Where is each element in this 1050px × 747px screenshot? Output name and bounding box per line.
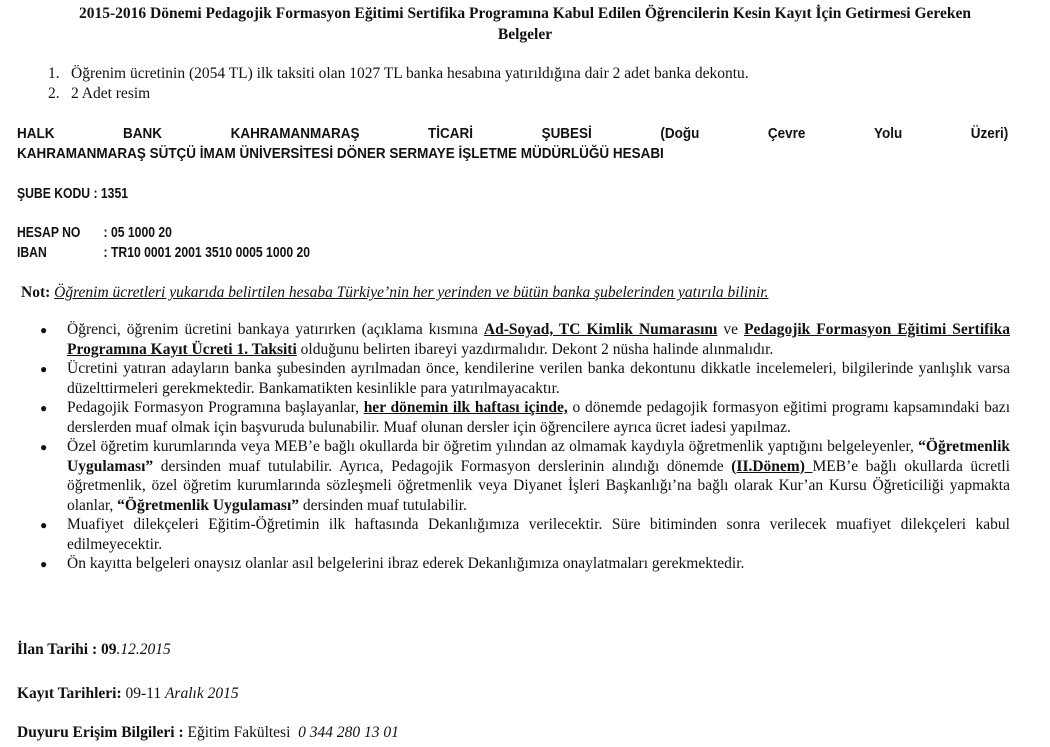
note-label: Not:: [21, 284, 50, 301]
iban-label: IBAN: [17, 243, 104, 263]
bullet-item: ● Ön kayıtta belgeleri onaysız olanlar a…: [40, 554, 1010, 575]
registration-dates: Kayıt Tarihleri: 09-11 Aralık 2015: [17, 684, 239, 704]
bank-info: HALKBANKKAHRAMANMARAŞTİCARİŞUBESİ(DoğuÇe…: [17, 124, 940, 164]
bullet-icon: ●: [40, 554, 67, 575]
text-span: dersinden muaf tutulabilir.: [299, 497, 467, 514]
bank-name-line: HALKBANKKAHRAMANMARAŞTİCARİŞUBESİ(DoğuÇe…: [17, 124, 1008, 144]
info-bullets: ● Öğrenci, öğrenim ücretini bankaya yatı…: [40, 320, 1010, 575]
text-span: Pedagojik Formasyon Programına başlayanl…: [67, 399, 364, 416]
bullet-item: ● Öğrenci, öğrenim ücretini bankaya yatı…: [40, 320, 1010, 359]
iban: IBAN: TR10 0001 2001 3510 0005 1000 20: [17, 243, 310, 263]
account-number: HESAP NO: 05 1000 20: [17, 223, 172, 243]
contact-label: Duyuru Erişim Bilgileri :: [17, 724, 184, 741]
bullet-text: Pedagojik Formasyon Programına başlayanl…: [67, 398, 1010, 437]
bullet-icon: ●: [40, 320, 67, 359]
branch-code: ŞUBE KODU : 1351: [17, 184, 128, 204]
bank-word: BANK: [123, 124, 162, 144]
text-span: olduğunu belirten ibareyi yazdırmalıdır.…: [297, 341, 774, 358]
bullet-text: Muafiyet dilekçeleri Eğitim-Öğretimin il…: [67, 515, 1010, 554]
bank-word: (Doğu: [660, 124, 699, 144]
list-number: 1.: [48, 64, 71, 84]
emphasis: her dönemin ilk haftası içinde,: [364, 399, 568, 416]
contact-phone: 0 344 280 13 01: [298, 724, 399, 741]
bullet-text: Ön kayıtta belgeleri onaysız olanlar ası…: [67, 554, 1010, 575]
bank-word: Çevre: [768, 124, 805, 144]
emphasis: (II.Dönem): [731, 458, 812, 475]
text-span: ve: [717, 321, 744, 338]
contact-info: Duyuru Erişim Bilgileri : Eğitim Fakülte…: [17, 723, 399, 743]
bank-word: Yolu: [874, 124, 902, 144]
list-item: 2. 2 Adet resim: [48, 84, 749, 104]
bullet-icon: ●: [40, 359, 67, 398]
text-span: Özel öğretim kurumlarında veya MEB’e bağ…: [67, 438, 918, 455]
bullet-item: ● Pedagojik Formasyon Programına başlaya…: [40, 398, 1010, 437]
list-text: Öğrenim ücretinin (2054 TL) ilk taksiti …: [71, 64, 749, 84]
bank-word: KAHRAMANMARAŞ: [231, 124, 360, 144]
bank-word: HALK: [17, 124, 54, 144]
title-line-1: 2015-2016 Dönemi Pedagojik Formasyon Eği…: [0, 3, 1050, 24]
required-documents-list: 1. Öğrenim ücretinin (2054 TL) ilk taksi…: [48, 64, 749, 104]
iban-value: : TR10 0001 2001 3510 0005 1000 20: [104, 245, 311, 261]
bank-account-owner: KAHRAMANMARAŞ SÜTÇÜ İMAM ÜNİVERSİTESİ DÖ…: [17, 144, 940, 164]
bank-word: Üzeri): [971, 124, 1008, 144]
bullet-item: ● Özel öğretim kurumlarında veya MEB’e b…: [40, 437, 1010, 515]
note-text: Öğrenim ücretleri yukarıda belirtilen he…: [54, 284, 768, 301]
text-span: Öğrenci, öğrenim ücretini bankaya yatırı…: [67, 321, 484, 338]
bullet-icon: ●: [40, 437, 67, 515]
announcement-rest: .12.2015: [117, 641, 171, 658]
bank-word: ŞUBESİ: [542, 124, 592, 144]
account-label: HESAP NO: [17, 223, 104, 243]
bullet-text: Ücretini yatıran adayların banka şubesin…: [67, 359, 1010, 398]
registration-days: 09-11: [122, 685, 165, 702]
emphasis: “Öğretmenlik Uygulaması”: [117, 497, 299, 514]
bullet-item: ● Ücretini yatıran adayların banka şubes…: [40, 359, 1010, 398]
bullet-icon: ●: [40, 398, 67, 437]
bullet-text: Özel öğretim kurumlarında veya MEB’e bağ…: [67, 437, 1010, 515]
announcement-date: İlan Tarihi : 09.12.2015: [17, 640, 171, 660]
bullet-text: Öğrenci, öğrenim ücretini bankaya yatırı…: [67, 320, 1010, 359]
emphasis: Ad-Soyad, TC Kimlik Numarasını: [484, 321, 717, 338]
account-value: : 05 1000 20: [104, 225, 172, 241]
bank-word: TİCARİ: [428, 124, 473, 144]
list-number: 2.: [48, 84, 71, 104]
note: Not: Öğrenim ücretleri yukarıda belirtil…: [21, 283, 768, 303]
list-item: 1. Öğrenim ücretinin (2054 TL) ilk taksi…: [48, 64, 749, 84]
bullet-item: ● Muafiyet dilekçeleri Eğitim-Öğretimin …: [40, 515, 1010, 554]
list-text: 2 Adet resim: [71, 84, 150, 104]
announcement-day: 09: [101, 641, 117, 658]
registration-month: Aralık 2015: [165, 685, 239, 702]
bullet-icon: ●: [40, 515, 67, 554]
title-line-2: Belgeler: [0, 24, 1050, 45]
document-title: 2015-2016 Dönemi Pedagojik Formasyon Eği…: [0, 3, 1050, 45]
announcement-label: İlan Tarihi :: [17, 641, 101, 658]
registration-label: Kayıt Tarihleri:: [17, 685, 122, 702]
text-span: dersinden muaf tutulabilir. Ayrıca, Peda…: [153, 458, 731, 475]
contact-place: Eğitim Fakültesi: [184, 724, 299, 741]
